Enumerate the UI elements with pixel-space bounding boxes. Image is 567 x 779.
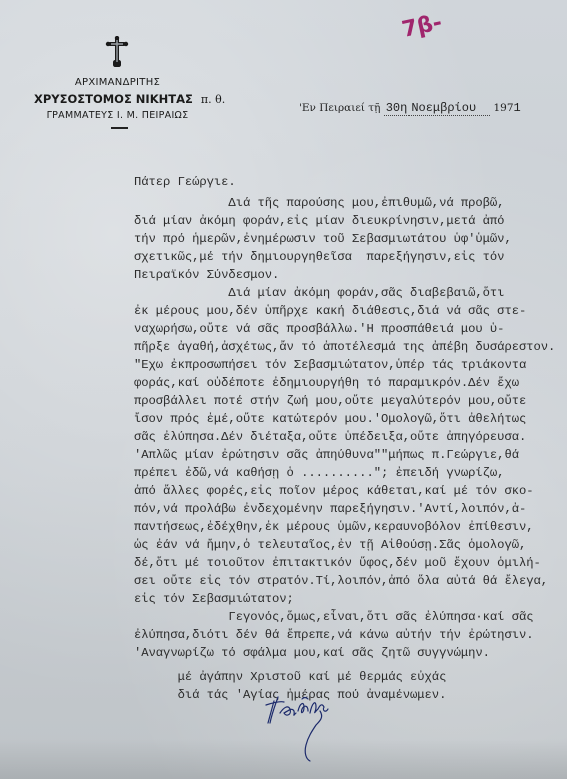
letterhead-name-text: ΧΡΥΣΟΣΤΟΜΟΣ ΝΙΚΗΤΑΣ (34, 92, 193, 106)
dateline-year-prefix: 197 (493, 102, 513, 114)
body-line: εἰς τόν Σεβασμιώτατον; (134, 592, 294, 606)
closing-line: μέ ἀγάπην Χριστοῦ καί μέ θερμάς εὐχάς (134, 670, 446, 684)
body-line: ἴσον πρός ἐμέ,οὔτε κατώτερόν μου.'Ομολογ… (134, 412, 526, 426)
body-line: φοράς,καί οὐδέποτε ἐδημιουργήθη τό παραμ… (134, 376, 519, 390)
dateline-year-suffix: 1 (514, 101, 521, 115)
body-line: ὡς ἐάν νά ἤμην,ὁ τελευταῖος,ἐν τῇ Αἰθούσ… (134, 538, 526, 552)
body-line: πῆρξε ἀγαθή,ἀσχέτως,ἄν τό ἀποτέλεσμά της… (134, 340, 555, 354)
body-line: ἀπό ἄλλες φορές,εἰς ποῖον μέρος κάθεται,… (134, 484, 534, 498)
letter-greeting: Πάτερ Γεώργιε. (134, 175, 236, 189)
body-line: ναχωρήσω,οὔτε νά σᾶς προσβάλλω.'Η προσπά… (134, 322, 504, 336)
body-line: 'Απλῶς μίαν ἐρώτησιν σᾶς ἀπηύθυνα""μήπως… (134, 448, 519, 462)
letterhead-position: ΓΡΑΜΜΑΤΕΥΣ Ι. Μ. ΠΕΙΡΑΙΩΣ (30, 110, 205, 121)
body-line: προσβάλλει ποτέ στήν ζωή μου,οὔτε μεγαλύ… (134, 394, 526, 408)
dateline-month: Νοεμβρίου (409, 101, 490, 116)
body-line: τήν πρό ἡμερῶν,ἐνημέρωσιν τοῦ Σεβασμιωτά… (134, 232, 512, 246)
body-line: σει οὔτε εἰς τόν στρατόν.Τί,λοιπόν,ἀπό ὅ… (134, 574, 548, 588)
body-line: πόν,νά προλάβω ἐνδεχομένην παρεξήγησιν.'… (134, 502, 526, 516)
body-line: ἐκ μέρους μου,δέν ὑπῆρχε κακή διάθεσις,δ… (134, 304, 526, 318)
dateline-prefix: 'Εν Πειραιεί τῇ (299, 102, 380, 114)
letterhead-name: ΧΡΥΣΟΣΤΟΜΟΣ ΝΙΚΗΤΑΣ π. θ. (30, 92, 234, 106)
body-line: δέ,ὅτι μέ τοιοῦτον ἐπιτακτικόν ὕφος,δέν … (134, 556, 541, 570)
body-line: 'Αναγνωρίζω τό σφάλμα μου,καί σᾶς ζητῶ σ… (134, 646, 490, 660)
body-line: Γεγονός,ὅμως,εἶναι,ὅτι σᾶς ἐλύπησα·καί σ… (134, 610, 534, 624)
body-line: πρέπει ἐδῶ,νά καθήσῃ ὁ .........."; ἐπει… (134, 466, 504, 480)
letterhead-title: ΑΡΧΙΜΑΝΔΡΙΤΗΣ (40, 77, 195, 88)
body-line: Διά τῆς παρούσης μου,ἐπιθυμῶ,νά προβῶ, (134, 196, 504, 210)
letterhead-name-suffix: π. θ. (201, 93, 225, 106)
body-line: Πειραϊκόν Σύνδεσμον. (134, 268, 279, 282)
body-line: ἐλύπησα,διότι δέν θά ἔπρεπε,νά κάνω αὐτή… (134, 628, 534, 642)
body-line: Διά μίαν ἀκόμη φοράν,σᾶς διαβεβαιῶ,ὅτι (134, 286, 504, 300)
body-line: σᾶς ἐλύπησα.Δέν διέταξα,οὔτε ὑπέδειξα,οὔ… (134, 430, 526, 444)
letterhead-divider (111, 127, 128, 129)
body-line: διά μίαν ἀκόμη φοράν,εἰς μίαν διευκρίνησ… (134, 214, 504, 228)
body-line: "Εχω ἐκπροσωπήσει τόν Σεβασμιώτατον,ὑπέρ… (134, 358, 526, 372)
body-line: παντήσεως,ἐδέχθην,ἐκ μέρους ὑμῶν,κεραυνο… (134, 520, 534, 534)
body-line: σχετικῶς,μέ τήν δημιουργηθεῖσα παρεξήγησ… (134, 250, 504, 264)
signature-icon (262, 693, 342, 768)
dateline-day: 30η (384, 101, 410, 116)
orthodox-cross-icon (105, 36, 129, 68)
dateline: 'Εν Πειραιεί τῇ 30ηΝοεμβρίου 1971 (299, 101, 521, 115)
handwritten-annotation: 7β- (400, 10, 445, 43)
